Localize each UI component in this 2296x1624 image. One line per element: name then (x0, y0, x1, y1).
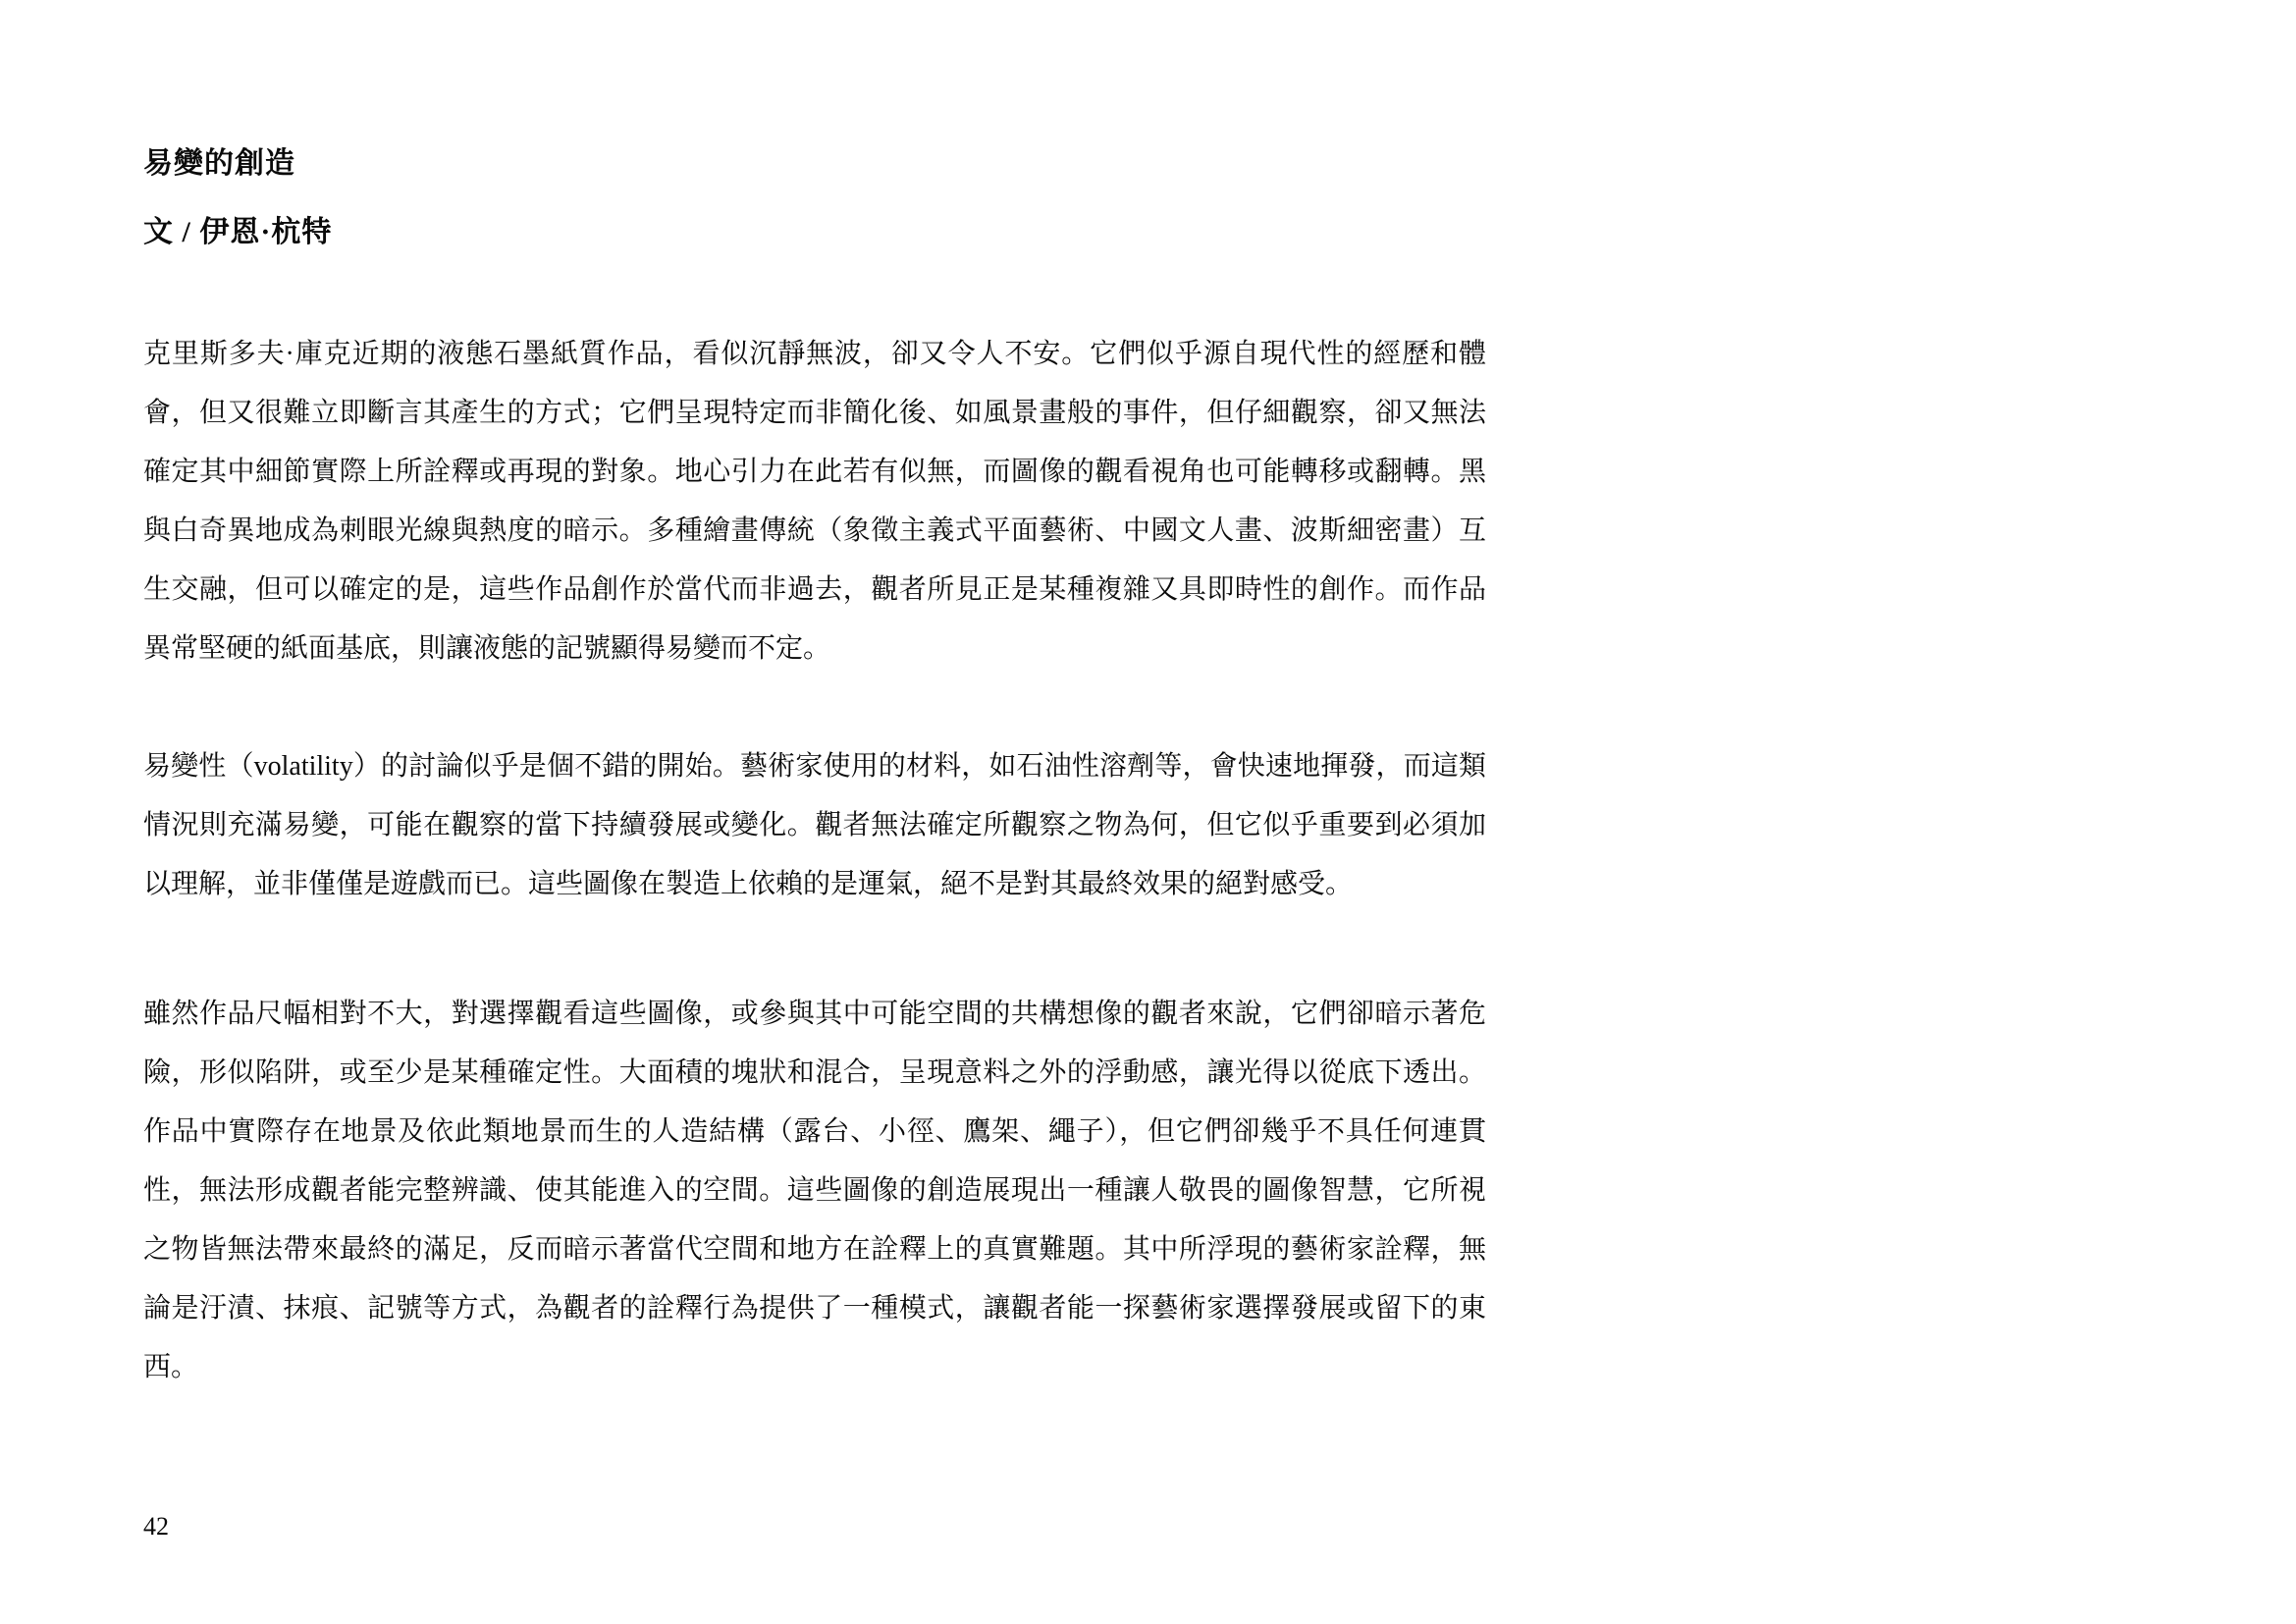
paragraph-2: 易變性（volatility）的討論似乎是個不錯的開始。藝術家使用的材料，如石油… (143, 737, 1486, 914)
article-title: 易變的創造 (143, 144, 1486, 184)
text-column: 易變的創造 文 / 伊恩·杭特 克里斯多夫·庫克近期的液態石墨紙質作品，看似沉靜… (143, 144, 1486, 1397)
document-page: 易變的創造 文 / 伊恩·杭特 克里斯多夫·庫克近期的液態石墨紙質作品，看似沉靜… (0, 0, 2296, 1624)
page-number: 42 (143, 1512, 169, 1542)
paragraph-1: 克里斯多夫·庫克近期的液態石墨紙質作品，看似沉靜無波，卻又令人不安。它們似乎源自… (143, 325, 1486, 678)
paragraph-3: 雖然作品尺幅相對不大，對選擇觀看這些圖像，或參與其中可能空間的共構想像的觀者來說… (143, 985, 1486, 1397)
article-byline: 文 / 伊恩·杭特 (143, 213, 1486, 252)
